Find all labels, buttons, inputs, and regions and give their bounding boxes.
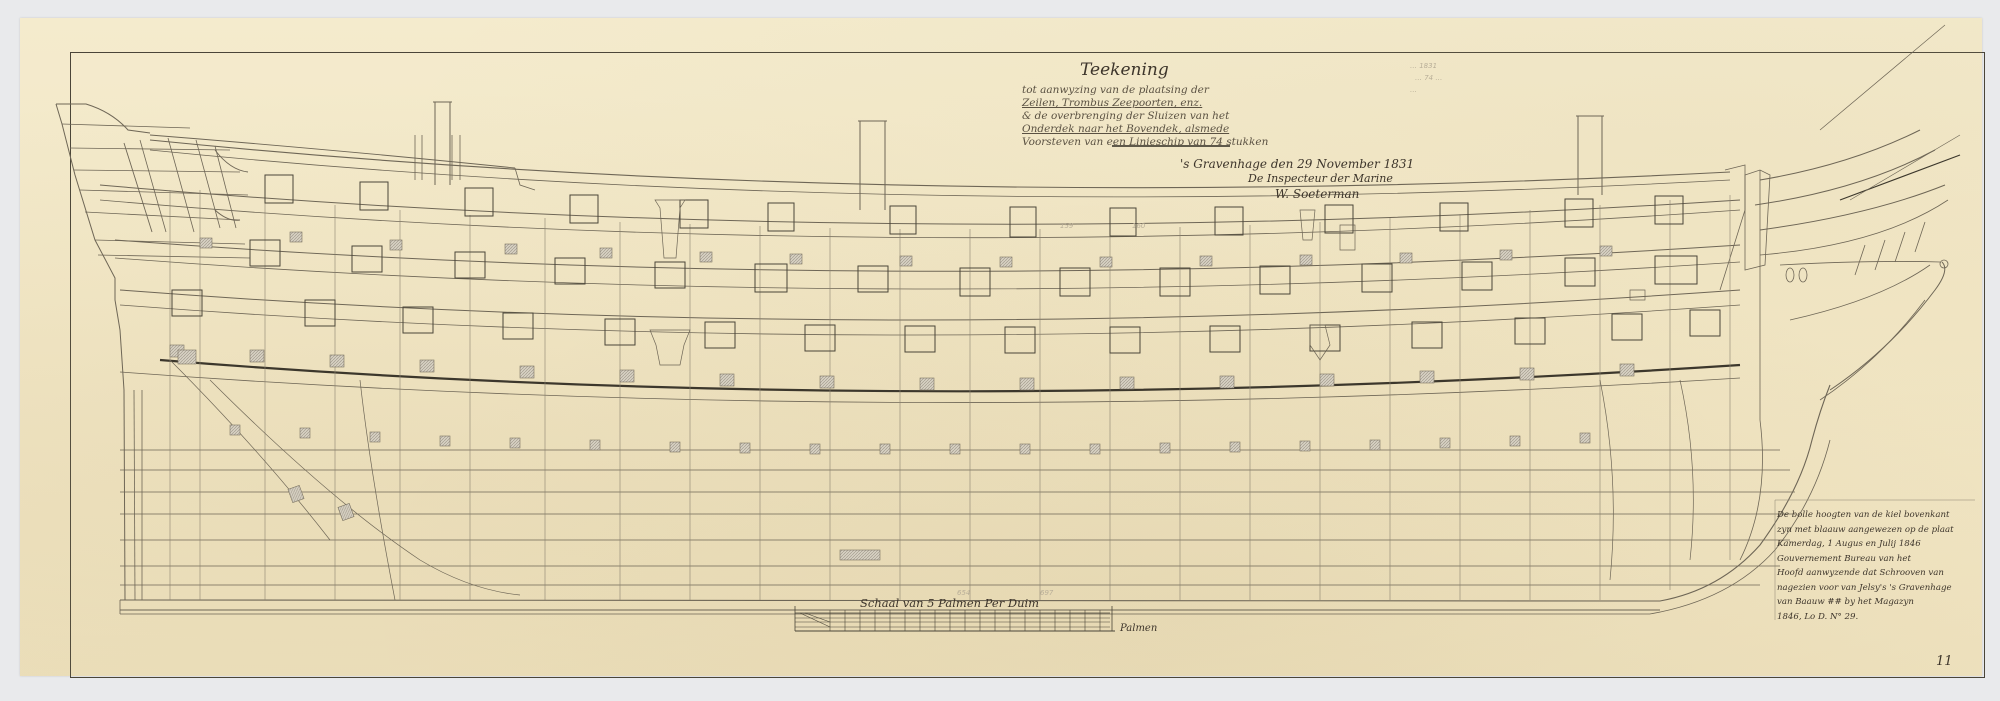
sheet-number: 11: [1936, 654, 1953, 669]
title-line-3: & de overbrenging der Sluizen van het: [1022, 110, 1229, 122]
note-line: De bolle hoogten van de kiel bovenkant: [1777, 508, 1977, 523]
signature: W. Soeterman: [1275, 187, 1359, 201]
note-line: Gouvernement Bureau van het: [1777, 552, 1977, 567]
marginal-note: De bolle hoogten van de kiel bovenkant z…: [1777, 508, 1977, 624]
title-line-4: Onderdek naar het Bovendek, alsmede: [1022, 123, 1229, 135]
pencil-note-1: … 1831: [1410, 62, 1437, 70]
note-line: Hoofd aanwyzende dat Schrooven van: [1777, 566, 1977, 581]
deck-mark-1: 159: [1060, 222, 1073, 230]
note-line: van Baauw ## by het Magazyn: [1777, 595, 1977, 610]
note-line: Kamerdag, 1 Augus en Julij 1846: [1777, 537, 1977, 552]
note-line: zyn met blaauw aangewezen op de plaat: [1777, 523, 1977, 538]
scale-bar-label: Schaal van 5 Palmen Per Duim: [860, 596, 1039, 610]
keel-mark-2: 697: [1040, 589, 1053, 597]
title-line-1: tot aanwyzing van de plaatsing der: [1022, 84, 1209, 96]
deck-mark-2: 160: [1132, 222, 1145, 230]
scale-unit-label: Palmen: [1120, 623, 1157, 634]
title-line-5: Voorsteven van een Linieschip van 74 stu…: [1022, 136, 1268, 148]
place-date: 's Gravenhage den 29 November 1831: [1180, 157, 1414, 171]
pencil-note-3: …: [1410, 86, 1417, 94]
office-title: De Inspecteur der Marine: [1248, 172, 1393, 185]
note-line: nagezien voor van Jelsy's 's Gravenhage: [1777, 581, 1977, 596]
title-heading: Teekening: [1080, 60, 1169, 80]
note-line: 1846, Lo D. N° 29.: [1777, 610, 1977, 625]
title-line-2: Zeilen, Trombus Zeepoorten, enz.: [1022, 97, 1202, 109]
pencil-note-2: … 74 …: [1415, 74, 1442, 82]
